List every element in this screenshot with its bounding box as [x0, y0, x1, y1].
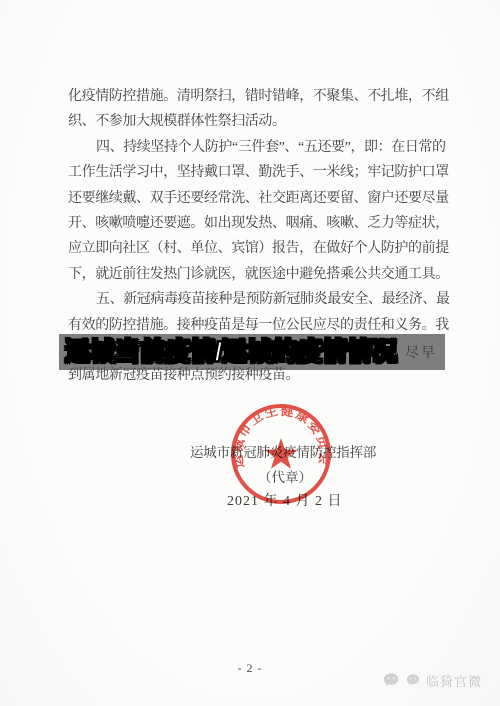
body-line: 四、持续坚持个人防护“三件套”、“五还要”，即：在日常的 [68, 135, 450, 160]
body-line: 开、咳嗽喷嚏还要遮。如出现发热、咽痛、咳嗽、乏力等症状， [68, 211, 450, 236]
seal-star-icon [265, 438, 297, 469]
covered-line-tail-text: 尽早 [405, 342, 437, 362]
watermark-text: 临猗官微 [426, 671, 482, 690]
scanned-document-page: 化疫情防控措施。清明祭扫，错时错峰，不聚集、不扎堆，不组 织、不参加大规模群体性… [0, 0, 500, 706]
body-line: 应立即向社区（村、单位、宾馆）报告，在做好个人防护的前提 [68, 236, 450, 261]
chat-bubble-icon [406, 673, 423, 688]
body-line: 下，就近前往发热门诊就医，就医途中避免搭乘公共交通工具。 [68, 262, 450, 287]
watermark: 临猗官微 [383, 671, 482, 690]
headline-overlay-title: 运城当前疫情/运城的疫情情况 [65, 340, 397, 365]
body-line: 织、不参加大规模群体性祭扫活动。 [68, 109, 450, 134]
headline-overlay-bar: 运城当前疫情/运城的疫情情况 尽早 [59, 334, 445, 370]
body-line: 工作生活学习中，坚持戴口罩、勤洗手、一米线；牢记防护口罩 [68, 160, 450, 185]
body-line: 化疫情防控措施。清明祭扫，错时错峰，不聚集、不扎堆，不组 [68, 84, 450, 109]
chat-bubble-icon [383, 672, 403, 689]
body-line: 还要继续戴、双手还要经常洗、社交距离还要留、窗户还要尽量 [68, 186, 450, 211]
official-red-seal: 运城市卫生健康委员会 [229, 402, 333, 506]
body-line: 五、新冠病毒疫苗接种是预防新冠肺炎最安全、最经济、最 [68, 287, 450, 312]
